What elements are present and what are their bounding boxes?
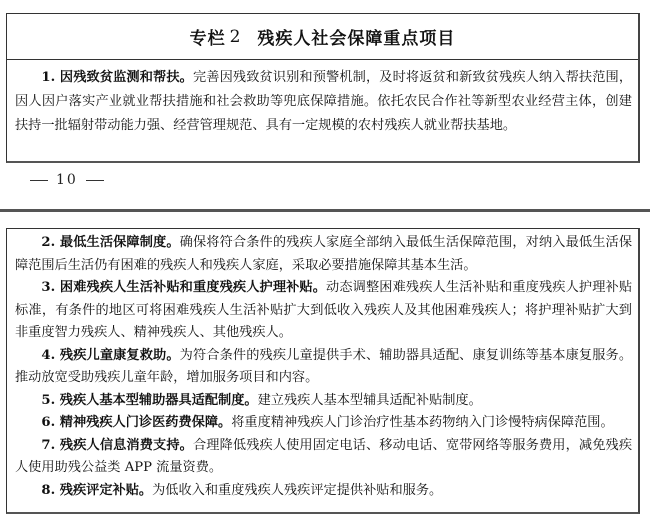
page-number: 10 [22,172,112,188]
item-number: 1. [41,70,55,85]
item-1: 1. 因残致贫监测和帮扶。完善因残致贫识别和预警机制，及时将返贫和新致贫残疾人纳… [15,66,632,138]
item-2: 2. 最低生活保障制度。确保将符合条件的残疾人家庭全部纳入最低生活保障范围，对纳… [15,232,632,277]
page-separator [0,209,650,212]
item-number: 5. [41,393,55,408]
column-body-bottom: 2. 最低生活保障制度。确保将符合条件的残疾人家庭全部纳入最低生活保障范围，对纳… [7,229,638,502]
item-3: 3. 困难残疾人生活补贴和重度残疾人护理补贴。动态调整困难残疾人生活补贴和重度残… [15,277,632,345]
item-heading: 残疾人信息消费支持。 [60,438,193,453]
dash-right [86,180,104,181]
item-7: 7. 残疾人信息消费支持。合理降低残疾人使用固定电话、移动电话、宽带网络等服务费… [15,435,632,480]
item-heading: 因残致贫监测和帮扶。 [60,70,193,85]
item-number: 4. [41,348,55,363]
item-number: 6. [41,415,55,430]
item-number: 7. [41,438,55,453]
item-number: 2. [41,235,55,250]
item-body: 将重度精神残疾人门诊治疗性基本药物纳入门诊慢特病保障范围。 [231,415,613,430]
item-8: 8. 残疾评定补贴。为低收入和重度残疾人残疾评定提供补贴和服务。 [15,480,632,503]
column-title-prefix: 专栏 [190,24,226,49]
item-number: 8. [41,483,55,498]
item-heading: 残疾评定补贴。 [60,483,152,498]
item-heading: 残疾人基本型辅助器具适配制度。 [60,393,258,408]
item-4: 4. 残疾儿童康复救助。为符合条件的残疾儿童提供手术、辅助器具适配、康复训练等基… [15,345,632,390]
item-heading: 精神残疾人门诊医药费保障。 [60,415,231,430]
item-6: 6. 精神残疾人门诊医药费保障。将重度精神残疾人门诊治疗性基本药物纳入门诊慢特病… [15,412,632,435]
dash-left [30,180,48,181]
page-number-value: 10 [56,172,78,188]
column-box-top: 专栏 2 残疾人社会保障重点项目 1. 因残致贫监测和帮扶。完善因残致贫识别和预… [6,13,640,163]
column-box-bottom: 2. 最低生活保障制度。确保将符合条件的残疾人家庭全部纳入最低生活保障范围，对纳… [6,228,640,514]
column-title: 专栏 2 残疾人社会保障重点项目 [7,14,638,60]
item-number: 3. [41,280,55,295]
item-heading: 困难残疾人生活补贴和重度残疾人护理补贴。 [60,280,326,295]
column-body-top: 1. 因残致贫监测和帮扶。完善因残致贫识别和预警机制，及时将返贫和新致贫残疾人纳… [7,60,638,138]
item-heading: 残疾儿童康复救助。 [60,348,180,363]
item-body: 建立残疾人基本型辅具适配补贴制度。 [258,393,482,408]
item-body: 为低收入和重度残疾人残疾评定提供补贴和服务。 [152,483,442,498]
column-title-text: 残疾人社会保障重点项目 [257,24,455,49]
item-5: 5. 残疾人基本型辅助器具适配制度。建立残疾人基本型辅具适配补贴制度。 [15,390,632,413]
item-heading: 最低生活保障制度。 [60,235,180,250]
column-title-number: 2 [230,27,242,47]
